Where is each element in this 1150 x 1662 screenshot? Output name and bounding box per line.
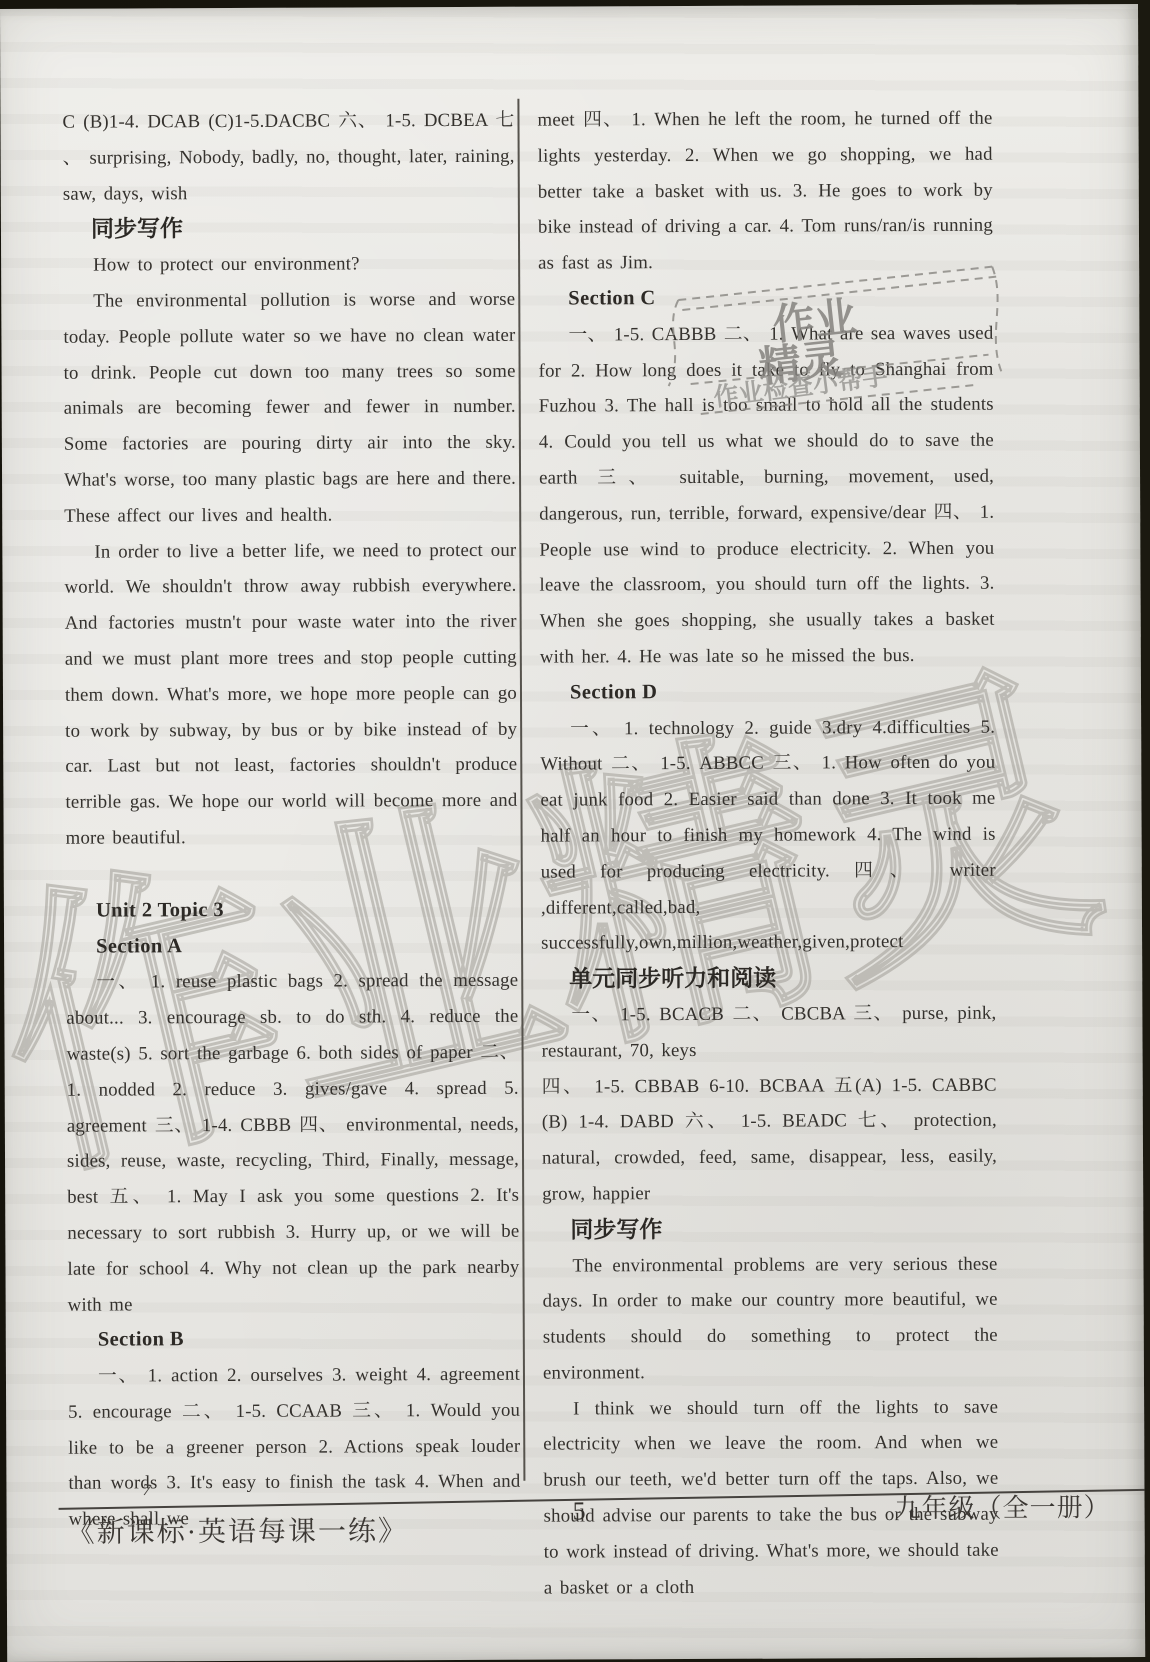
unit-topic-heading: Unit 2 Topic 3 (66, 891, 518, 929)
section-d-heading: Section D (540, 673, 995, 711)
section-b-heading: Section B (68, 1321, 520, 1359)
essay-title: How to protect our environment? (63, 246, 515, 284)
essay-paragraph: The environmental pollution is worse and… (63, 282, 516, 535)
answer-paragraph: 一、 1-5. BCACB 二、 CBCBA 三、 purse, pink, r… (541, 996, 996, 1070)
left-column: C (B)1-4. DCAB (C)1-5.DACBC 六、 1-5. DCBE… (62, 103, 520, 1538)
section-heading-sync-writing: 同步写作 (63, 210, 515, 248)
essay-paragraph: The environmental problems are very seri… (542, 1246, 998, 1391)
answer-paragraph: 一、 1. reuse plastic bags 2. spread the m… (66, 963, 520, 1323)
homework-checker-stamp: 作业 精灵 作业检查小帮手 (656, 253, 1027, 430)
essay-paragraph: In order to live a better life, we need … (64, 532, 517, 856)
answer-paragraph: C (B)1-4. DCAB (C)1-5.DACBC 六、 1-5. DCBE… (62, 103, 514, 212)
unit-listening-reading-heading: 单元同步听力和阅读 (541, 960, 996, 998)
answer-paragraph: 一、 1. technology 2. guide 3.dry 4.diffic… (540, 709, 996, 962)
footer-page-number: 5 (572, 1496, 585, 1526)
footer-grade-label: 九年级（全一册） (894, 1487, 1110, 1525)
answer-paragraph: 四、 1-5. CBBAB 6-10. BCBAA 五(A) 1-5. CABB… (542, 1067, 998, 1212)
footer-book-title: 《新课标·英语每课一练》 (67, 1509, 408, 1550)
section-a-heading: Section A (66, 927, 518, 965)
scanned-answer-page: 作业精灵 C (B)1-4. DCAB (C)1-5.DACBC 六、 1-5.… (0, 4, 1145, 1662)
sync-writing-heading: 同步写作 (542, 1210, 997, 1248)
